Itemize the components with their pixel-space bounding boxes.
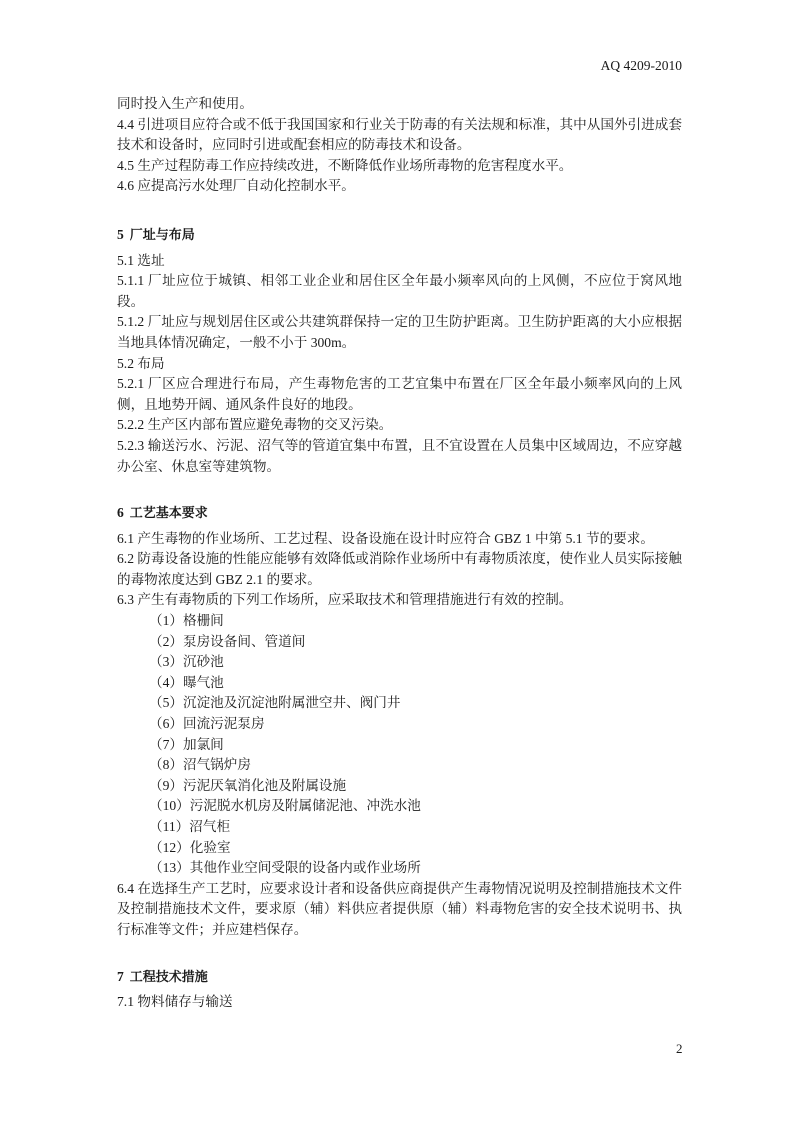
section-heading-7: 7工程技术措施: [117, 967, 682, 989]
section-title: 工程技术措施: [130, 970, 208, 985]
list-item: （4）曝气池: [117, 673, 682, 694]
list-item: （5）沉淀池及沉淀池附属泄空井、阀门井: [117, 693, 682, 714]
list-item: （13）其他作业空间受限的设备内或作业场所: [117, 858, 682, 879]
list-item: （9）污泥厌氧消化池及附属设施: [117, 776, 682, 797]
clause-4-4: 4.4 引进项目应符合或不低于我国国家和行业关于防毒的有关法规和标准，其中从国外…: [117, 115, 682, 156]
list-item: （8）沼气锅炉房: [117, 755, 682, 776]
clause-6-3: 6.3 产生有毒物质的下列工作场所，应采取技术和管理措施进行有效的控制。: [117, 590, 682, 611]
section-title: 工艺基本要求: [130, 506, 208, 521]
clause-4-5: 4.5 生产过程防毒工作应持续改进，不断降低作业场所毒物的危害程度水平。: [117, 156, 682, 177]
clause-5-2-3: 5.2.3 输送污水、污泥、沼气等的管道宜集中布置，且不宜设置在人员集中区域周边…: [117, 436, 682, 477]
clause-6-4: 6.4 在选择生产工艺时，应要求设计者和设备供应商提供产生毒物情况说明及控制措施…: [117, 879, 682, 941]
document-body: 同时投入生产和使用。 4.4 引进项目应符合或不低于我国国家和行业关于防毒的有关…: [117, 94, 682, 1013]
clause-6-1: 6.1 产生毒物的作业场所、工艺过程、设备设施在设计时应符合 GBZ 1 中第 …: [117, 529, 682, 550]
section-number: 7: [117, 969, 124, 984]
clause-5-1-1: 5.1.1 厂址应位于城镇、相邻工业企业和居住区全年最小频率风向的上风侧，不应位…: [117, 271, 682, 312]
list-item: （3）沉砂池: [117, 652, 682, 673]
clause-6-2: 6.2 防毒设备设施的性能应能够有效降低或消除作业场所中有毒物质浓度，使作业人员…: [117, 549, 682, 590]
section-title: 厂址与布局: [130, 228, 195, 243]
list-item: （6）回流污泥泵房: [117, 714, 682, 735]
list-item: （2）泵房设备间、管道间: [117, 632, 682, 653]
list-item: （11）沼气柜: [117, 817, 682, 838]
section-number: 6: [117, 505, 124, 520]
clause-5-1: 5.1 选址: [117, 251, 682, 272]
clause-4-6: 4.6 应提高污水处理厂自动化控制水平。: [117, 176, 682, 197]
clause-5-2: 5.2 布局: [117, 354, 682, 375]
list-item: （7）加氯间: [117, 735, 682, 756]
clause-5-2-2: 5.2.2 生产区内部布置应避免毒物的交叉污染。: [117, 415, 682, 436]
page-number: 2: [676, 1041, 683, 1057]
section-heading-6: 6工艺基本要求: [117, 503, 682, 525]
clause-5-1-2: 5.1.2 厂址应与规划居住区或公共建筑群保持一定的卫生防护距离。卫生防护距离的…: [117, 312, 682, 353]
paragraph: 同时投入生产和使用。: [117, 94, 682, 115]
clause-5-2-1: 5.2.1 厂区应合理进行布局，产生毒物危害的工艺宜集中布置在厂区全年最小频率风…: [117, 374, 682, 415]
list-item: （10）污泥脱水机房及附属储泥池、冲洗水池: [117, 796, 682, 817]
section-number: 5: [117, 227, 124, 242]
list-item: （1）格栅间: [117, 611, 682, 632]
list-item: （12）化验室: [117, 838, 682, 859]
clause-7-1: 7.1 物料储存与输送: [117, 992, 682, 1013]
document-id-header: AQ 4209-2010: [601, 58, 682, 74]
section-heading-5: 5厂址与布局: [117, 225, 682, 247]
